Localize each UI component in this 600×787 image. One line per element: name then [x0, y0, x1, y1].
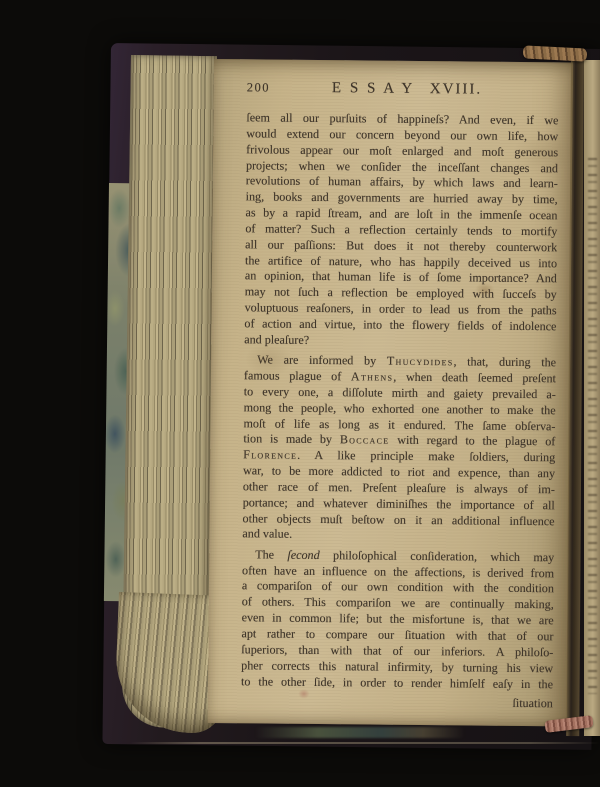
paragraph: We are informed by Thucydides, that, dur… [242, 352, 556, 545]
marble-peek-bottom [255, 727, 465, 738]
page-number: 200 [247, 80, 270, 95]
page-header: 200 E S S A Y XVIII. [247, 79, 559, 100]
text-line: and value. [242, 527, 554, 546]
essay-numeral: XVIII. [430, 81, 483, 99]
essay-title: E S S A Y [332, 80, 415, 98]
facing-page-blurred-text [588, 158, 597, 694]
book-page: 200 E S S A Y XVIII. ſeem all our purſui… [208, 59, 573, 726]
catchword: ſituation [241, 693, 553, 712]
facing-page-sliver [584, 60, 600, 736]
text-body: ſeem all our purſuits of happineſs? And … [241, 110, 559, 692]
cover-bottom-highlight [130, 742, 600, 744]
text-line: and pleaſure? [244, 332, 556, 351]
text-line: to the other ſide, in order to render hi… [241, 674, 553, 693]
paragraph: The ſecond philoſophical conſideration, … [241, 547, 554, 693]
paragraph: ſeem all our purſuits of happineſs? And … [244, 110, 558, 351]
book-photo: 200 E S S A Y XVIII. ſeem all our purſui… [0, 0, 600, 787]
page-text: 200 E S S A Y XVIII. ſeem all our purſui… [241, 79, 559, 712]
